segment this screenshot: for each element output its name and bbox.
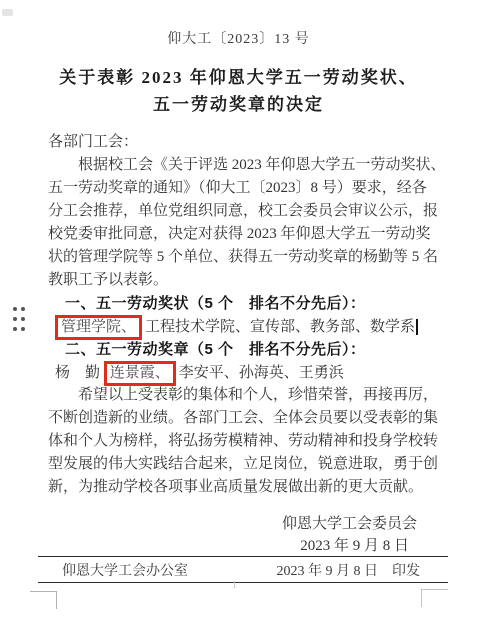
award-1-heading: 一、五一劳动奖状（5 个 排名不分先后）： [48, 292, 433, 315]
paragraph-2-line: 型发展的伟大实践结合起来，立足岗位，锐意进取，勇于创 [48, 453, 433, 476]
text-boundary-corner-left [30, 591, 57, 609]
drag-handle-dot [13, 317, 17, 321]
award-2-boxed-text: 连景霞、 [110, 365, 170, 381]
award-2-rest-text: 李安平、孙海英、王勇浜 [179, 365, 344, 381]
drag-handle-dot [21, 327, 25, 331]
scan-artifact [2, 9, 13, 16]
footer-print-date: 2023 年 9 月 8 日 印发 [277, 560, 449, 580]
award-2-prefix-text: 杨 勤 [55, 365, 100, 381]
award-1-recipients: 管理学院、 工程技术学院、宣传部、教务部、数学系 [48, 315, 433, 338]
signature-org: 仰恩大学工会委员会 [282, 513, 417, 535]
award-1-rest-text: 工程技术学院、宣传部、教务部、数学系 [145, 319, 415, 335]
red-highlight-box: 管理学院、 [55, 315, 142, 340]
drag-handle-icon[interactable] [13, 307, 25, 331]
paragraph-1-line: 校党委审批同意，决定对获得 2023 年仰恩大学五一劳动奖 [48, 223, 433, 246]
paragraph-1-line: 教职工予以表彰。 [48, 269, 433, 292]
title-line-2: 五一劳动奖章的决定 [0, 91, 477, 118]
red-highlight-box: 连景霞、 [104, 361, 176, 386]
paragraph-2-line: 不断创造新的业绩。各部门工会、全体会员要以受表彰的集 [48, 407, 433, 430]
document-title: 关于表彰 2023 年仰恩大学五一劳动奖状、 五一劳动奖章的决定 [0, 64, 477, 118]
paragraph-2-line: 体和个人为榜样，将弘扬劳模精神、劳动精神和投身学校转 [48, 430, 433, 453]
document-page: 仰大工〔2023〕13 号 关于表彰 2023 年仰恩大学五一劳动奖状、 五一劳… [0, 0, 477, 617]
paragraph-1-line: 五一劳动奖章的通知》（仰大工〔2023〕8 号）要求，经各 [48, 177, 433, 200]
award-1-boxed-text: 管理学院、 [61, 319, 136, 335]
footer-bar: 仰恩大学工会办公室 2023 年 9 月 8 日 印发 [38, 556, 448, 583]
text-caret[interactable] [416, 319, 418, 335]
paragraph-2-line: 希望以上受表彰的集体和个人，珍惜荣誉，再接再厉， [48, 384, 433, 407]
title-line-1: 关于表彰 2023 年仰恩大学五一劳动奖状、 [0, 64, 477, 91]
salutation: 各部门工会： [48, 131, 433, 154]
drag-handle-dot [21, 307, 25, 311]
text-boundary-corner-right [421, 589, 448, 607]
doc-number: 仰大工〔2023〕13 号 [0, 28, 477, 48]
drag-handle-dot [13, 307, 17, 311]
drag-handle-dot [13, 327, 17, 331]
page-number: 1 [232, 580, 237, 591]
paragraph-1-line: 状的管理学院等 5 个单位、获得五一劳动奖章的杨勤等 5 名 [48, 246, 433, 269]
award-2-heading: 二、五一劳动奖章（5 个 排名不分先后）： [48, 338, 433, 361]
paragraph-2-line: 新，为推动学校各项事业高质量发展做出新的更大贡献。 [48, 476, 433, 499]
paragraph-1-line: 根据校工会《关于评选 2023 年仰恩大学五一劳动奖状、 [48, 154, 433, 177]
award-2-recipients: 杨 勤 连景霞、 李安平、孙海英、王勇浜 [48, 361, 433, 384]
signature-date: 2023 年 9 月 8 日 [282, 535, 417, 557]
drag-handle-dot [21, 317, 25, 321]
signature-block: 仰恩大学工会委员会 2023 年 9 月 8 日 [282, 513, 417, 557]
document-body: 各部门工会： 根据校工会《关于评选 2023 年仰恩大学五一劳动奖状、 五一劳动… [48, 131, 433, 499]
footer-office: 仰恩大学工会办公室 [38, 560, 188, 580]
paragraph-1-line: 分工会推荐，单位党组织同意，校工会委员会审议公示，报 [48, 200, 433, 223]
